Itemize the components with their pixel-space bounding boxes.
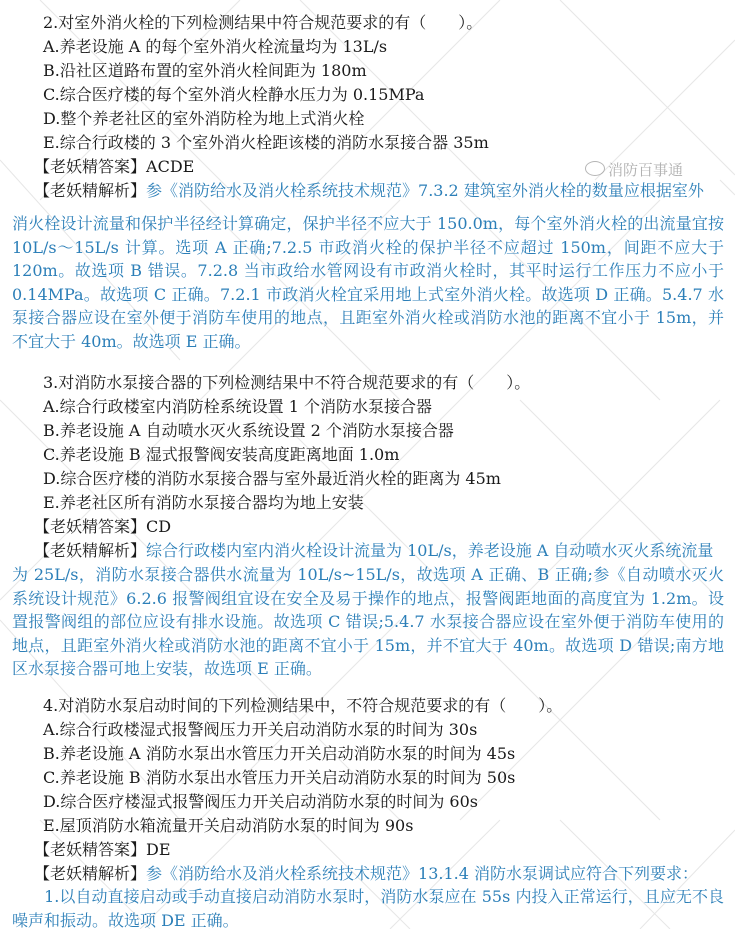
- analysis-label: 【老妖精解析】: [34, 541, 146, 560]
- question-3-option-c: C.养老设施 B 湿式报警阀安装高度距离地面 1.0m: [43, 444, 735, 466]
- question-2-option-e: E.综合行政楼的 3 个室外消火栓距该楼的消防水泵接合器 35m: [43, 132, 735, 154]
- question-4-analysis-first: 【老妖精解析】参《消防给水及消火栓系统技术规范》13.1.4 消防水泵调试应符合…: [34, 863, 735, 885]
- question-2-stem: 2.对室外消火栓的下列检测结果中符合规范要求的有（ ）。: [43, 12, 735, 34]
- question-3-option-d: D.综合医疗楼的消防水泵接合器与室外最近消火栓的距离为 45m: [43, 468, 735, 490]
- question-3-answer: 【老妖精答案】CD: [34, 516, 735, 538]
- question-4-answer: 【老妖精答案】DE: [34, 839, 735, 861]
- answer-value: ACDE: [146, 157, 194, 176]
- question-4-option-b: B.养老设施 A 消防水泵出水管压力开关启动消防水泵的时间为 45s: [43, 743, 735, 765]
- question-3-analysis-rest: 为 25L/s，消防水泵接合器供水流量为 10L/s~15L/s，故选项 A 正…: [12, 563, 724, 681]
- answer-label: 【老妖精答案】: [34, 840, 146, 859]
- analysis-label: 【老妖精解析】: [34, 864, 146, 883]
- answer-label: 【老妖精答案】: [34, 517, 146, 536]
- question-2-option-d: D.整个养老社区的室外消防栓为地上式消火栓: [43, 108, 735, 130]
- question-2-answer: 【老妖精答案】ACDE: [34, 156, 735, 178]
- question-2-option-a: A.养老设施 A 的每个室外消火栓流量均为 13L/s: [43, 36, 735, 58]
- question-4-analysis-rest: 1.以自动直接启动或手动直接启动消防水泵时，消防水泵应在 55s 内投入正常运行…: [12, 885, 724, 929]
- question-3-option-a: A.综合行政楼室内消防栓系统设置 1 个消防水泵接合器: [43, 396, 735, 418]
- analysis-text: 综合行政楼内室内消火栓设计流量为 10L/s，养老设施 A 自动喷水灭火系统流量: [146, 541, 713, 560]
- answer-value: CD: [146, 517, 171, 536]
- question-3-option-e: E.养老社区所有消防水泵接合器均为地上安装: [43, 492, 735, 514]
- question-3-analysis-first: 【老妖精解析】综合行政楼内室内消火栓设计流量为 10L/s，养老设施 A 自动喷…: [34, 540, 735, 562]
- answer-value: DE: [146, 840, 171, 859]
- document-page: 消防百事通 2.对室外消火栓的下列检测结果中符合规范要求的有（ ）。 A.养老设…: [0, 0, 735, 929]
- analysis-text: 参《消防给水及消火栓系统技术规范》13.1.4 消防水泵调试应符合下列要求：: [146, 864, 698, 883]
- question-3-stem: 3.对消防水泵接合器的下列检测结果中不符合规范要求的有（ ）。: [43, 372, 735, 394]
- question-4-option-c: C.养老设施 B 消防水泵出水管压力开关启动消防水泵的时间为 50s: [43, 767, 735, 789]
- analysis-label: 【老妖精解析】: [34, 181, 146, 200]
- question-4-stem: 4.对消防水泵启动时间的下列检测结果中，不符合规范要求的有（ ）。: [43, 695, 735, 717]
- answer-label: 【老妖精答案】: [34, 157, 146, 176]
- question-2-option-b: B.沿社区道路布置的室外消火栓间距为 180m: [43, 60, 735, 82]
- question-2-analysis-rest: 消火栓设计流量和保护半径经计算确定，保护半径不应大于 150.0m，每个室外消火…: [12, 212, 724, 353]
- question-3-option-b: B.养老设施 A 自动喷水灭火系统设置 2 个消防水泵接合器: [43, 420, 735, 442]
- question-4-option-a: A.综合行政楼湿式报警阀压力开关启动消防水泵的时间为 30s: [43, 719, 735, 741]
- question-2-analysis-first: 【老妖精解析】参《消防给水及消火栓系统技术规范》7.3.2 建筑室外消火栓的数量…: [34, 180, 735, 202]
- question-2-option-c: C.综合医疗楼的每个室外消火栓静水压力为 0.15MPa: [43, 84, 735, 106]
- question-4-option-d: D.综合医疗楼湿式报警阀压力开关启动消防水泵的时间为 60s: [43, 791, 735, 813]
- analysis-text: 参《消防给水及消火栓系统技术规范》7.3.2 建筑室外消火栓的数量应根据室外: [146, 181, 704, 200]
- question-4-option-e: E.屋顶消防水箱流量开关启动消防水泵的时间为 90s: [43, 815, 735, 837]
